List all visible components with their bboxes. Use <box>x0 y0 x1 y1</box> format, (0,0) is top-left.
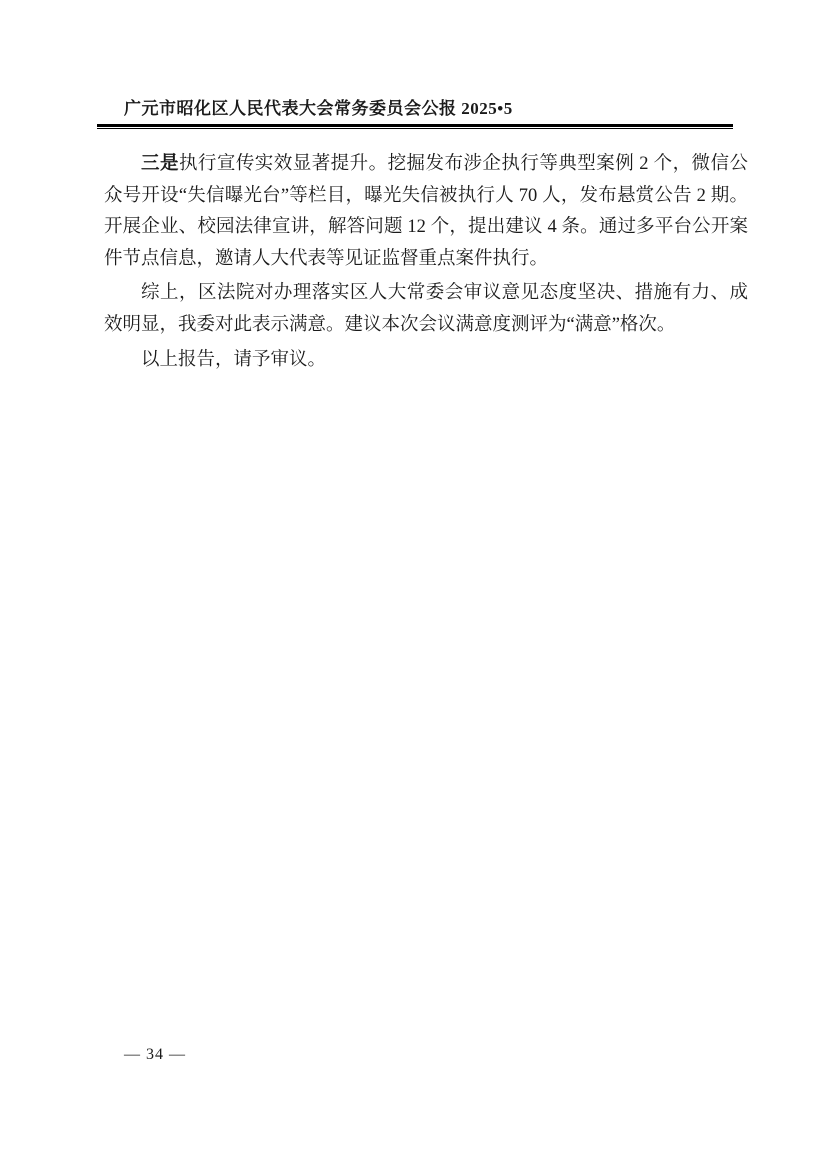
paragraph-text: 以上报告，请予审议。 <box>141 350 326 370</box>
body-paragraph: 三是执行宣传实效显著提升。挖掘发布涉企执行等典型案例 2 个，微信公众号开设“失… <box>104 149 748 275</box>
page-number: — 34 — <box>124 1046 186 1064</box>
paragraph-text: 综上，区法院对办理落实区人大常委会审议意见态度坚决、措施有力、成效明显，我委对此… <box>104 283 748 335</box>
paragraph-lead: 三是 <box>141 154 179 174</box>
page-header: 广元市昭化区人民代表大会常务委员会公报 2025•5 <box>97 99 733 129</box>
gazette-header-title: 广元市昭化区人民代表大会常务委员会公报 2025•5 <box>97 99 733 119</box>
paragraph-text: 执行宣传实效显著提升。挖掘发布涉企执行等典型案例 2 个，微信公众号开设“失信曝… <box>104 154 748 269</box>
header-double-rule <box>97 124 733 129</box>
body-paragraph: 以上报告，请予审议。 <box>104 345 748 377</box>
document-body: 三是执行宣传实效显著提升。挖掘发布涉企执行等典型案例 2 个，微信公众号开设“失… <box>104 149 748 379</box>
body-paragraph: 综上，区法院对办理落实区人大常委会审议意见态度坚决、措施有力、成效明显，我委对此… <box>104 278 748 341</box>
document-page: 广元市昭化区人民代表大会常务委员会公报 2025•5 三是执行宣传实效显著提升。… <box>0 0 827 1170</box>
